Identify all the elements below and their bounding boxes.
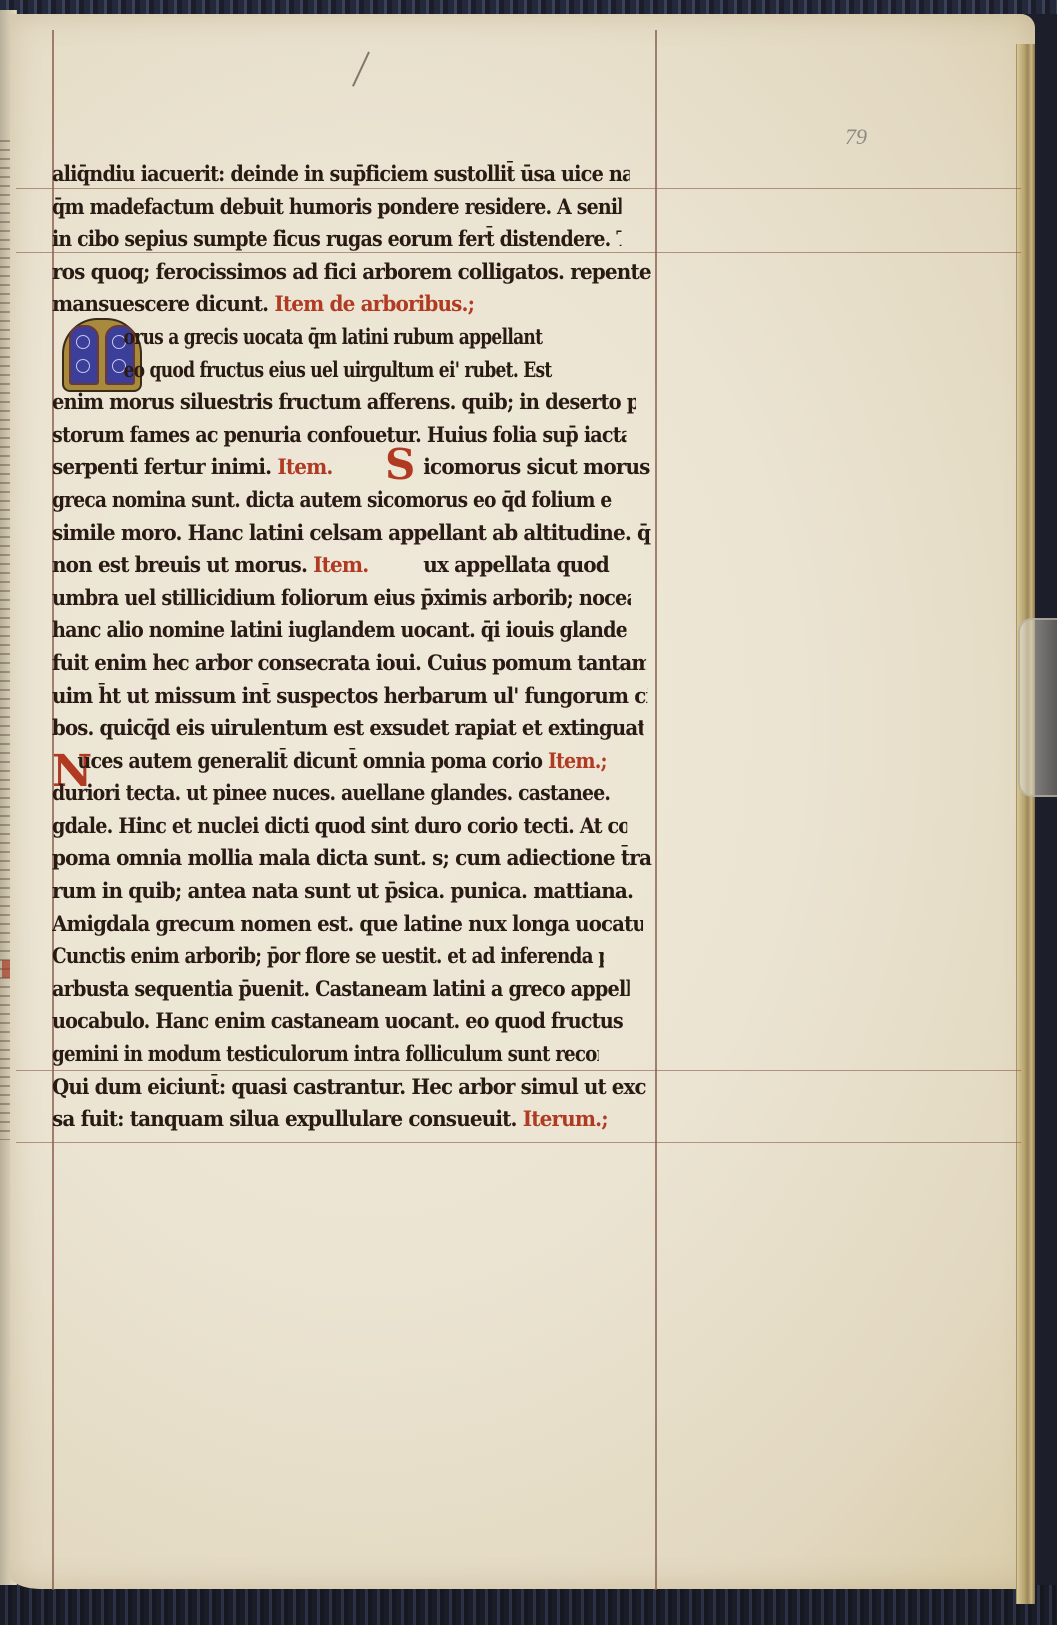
manuscript-line: enim morus siluestris fructum afferens. … xyxy=(52,386,636,419)
line-text: bos. quicq̄d eis uirulentum est exsudet … xyxy=(52,715,644,740)
line-text: hanc alio nomine latini iuglandem uocant… xyxy=(52,617,627,642)
manuscript-line: non est breuis ut morus. Item.ux appella… xyxy=(52,549,652,582)
manuscript-line: poma omnia mollia mala dicta sunt. s; cu… xyxy=(52,842,652,875)
manuscript-line: simile moro. Hanc latini celsam appellan… xyxy=(52,517,652,550)
page-clasp xyxy=(1018,618,1057,797)
line-text: fuit enim hec arbor consecrata ioui. Cui… xyxy=(52,650,646,675)
manuscript-line: bos. quicq̄d eis uirulentum est exsudet … xyxy=(52,712,644,745)
line-text: simile moro. Hanc latini celsam appellan… xyxy=(52,520,650,545)
binding-bottom-edge xyxy=(0,1585,1057,1625)
manuscript-line: arbusta sequentia p̄uenit. Castaneam lat… xyxy=(52,973,630,1006)
manuscript-line: hanc alio nomine latini iuglandem uocant… xyxy=(52,614,627,647)
line-text: Amigdala grecum nomen est. que latine nu… xyxy=(52,911,643,936)
line-text: Qui dum eiciunt̄: quasi castrantur. Hec … xyxy=(52,1074,645,1099)
manuscript-line: fuit enim hec arbor consecrata ioui. Cui… xyxy=(52,647,646,680)
bottom-text-rule xyxy=(16,1142,1021,1143)
manuscript-line: eo quod fructus eius uel uirgultum ei' r… xyxy=(52,354,564,387)
line-text: sa fuit: tanquam silua expullulare consu… xyxy=(52,1106,523,1131)
rubric-text: Item. xyxy=(313,552,368,577)
binding-top-edge xyxy=(0,0,1057,14)
line-text: serpenti fertur inimi. xyxy=(52,454,277,479)
line-text: uim h̄t ut missum int̄ suspectos herbaru… xyxy=(52,683,647,708)
rubric-text: Iterum.; xyxy=(523,1106,608,1131)
manuscript-line: q̄m madefactum debuit humoris pondere re… xyxy=(52,191,622,224)
manuscript-line: Cunctis enim arborib; p̄or flore se uest… xyxy=(52,940,604,973)
manuscript-line: ros quoq; ferocissimos ad fici arborem c… xyxy=(52,256,652,289)
line-text-continued: icomorus sicut morus xyxy=(423,451,649,483)
rubric-text: Item.; xyxy=(548,748,607,773)
line-text: gemini in modum testiculorum intra folli… xyxy=(52,1041,599,1066)
line-text: duriori tecta. ut pinee nuces. auellane … xyxy=(52,780,616,805)
manuscript-line: duriori tecta. ut pinee nuces. auellane … xyxy=(52,777,616,810)
rubric-text: Item de arboribus.; xyxy=(274,291,474,316)
line-text: greca nomina sunt. dicta autem sicomorus… xyxy=(52,487,611,512)
line-text: uocabulo. Hanc enim castaneam uocant. eo… xyxy=(52,1008,629,1033)
line-text: Cunctis enim arborib; p̄or flore se uest… xyxy=(52,943,604,968)
manuscript-line: Amigdala grecum nomen est. que latine nu… xyxy=(52,908,643,941)
line-text: non est breuis ut morus. xyxy=(52,552,313,577)
line-text: orus a grecis uocata q̄m latini rubum ap… xyxy=(124,324,543,349)
page-stack-edge xyxy=(1016,44,1035,1604)
line-text: mansuescere dicunt. xyxy=(52,291,274,316)
manuscript-line: serpenti fertur inimi. Item.icomorus sic… xyxy=(52,451,652,484)
manuscript-line: uocabulo. Hanc enim castaneam uocant. eo… xyxy=(52,1005,629,1038)
manuscript-line: orus a grecis uocata q̄m latini rubum ap… xyxy=(52,321,564,354)
line-text: enim morus siluestris fructum afferens. … xyxy=(52,389,636,414)
line-text: umbra uel stillicidium foliorum eius p̄x… xyxy=(52,585,631,610)
folio-number: 79 xyxy=(845,124,867,150)
manuscript-line: gemini in modum testiculorum intra folli… xyxy=(52,1038,599,1071)
main-text-column: aliq̄ndiu iacuerit: deinde in sup̄ficiem… xyxy=(52,158,682,1136)
manuscript-line: aliq̄ndiu iacuerit: deinde in sup̄ficiem… xyxy=(52,158,630,191)
rubric-text: Item. xyxy=(277,454,332,479)
manuscript-line: storum fames ac penuria confouetur. Huiu… xyxy=(52,419,627,452)
manuscript-line: mansuescere dicunt. Item de arboribus.; xyxy=(52,288,652,321)
line-text: ros quoq; ferocissimos ad fici arborem c… xyxy=(52,259,651,284)
line-text: aliq̄ndiu iacuerit: deinde in sup̄ficiem… xyxy=(52,161,630,186)
line-text: eo quod fructus eius uel uirgultum ei' r… xyxy=(124,357,552,382)
line-text: arbusta sequentia p̄uenit. Castaneam lat… xyxy=(52,976,630,1001)
manuscript-line: rum in quib; antea nata sunt ut p̄sica. … xyxy=(52,875,652,908)
manuscript-line: uces autem generalit̄ dicunt̄ omnia poma… xyxy=(52,745,624,778)
manuscript-line: uim h̄t ut missum int̄ suspectos herbaru… xyxy=(52,680,647,713)
line-text: q̄m madefactum debuit humoris pondere re… xyxy=(52,194,622,219)
line-text: poma omnia mollia mala dicta sunt. s; cu… xyxy=(52,845,651,870)
manuscript-line: in cibo sepius sumpte ficus rugas eorum … xyxy=(52,223,622,256)
line-text-continued: ux appellata quod xyxy=(423,549,609,581)
line-text: in cibo sepius sumpte ficus rugas eorum … xyxy=(52,226,622,251)
manuscript-line: gdale. Hinc et nuclei dicti quod sint du… xyxy=(52,810,627,843)
manuscript-line: sa fuit: tanquam silua expullulare consu… xyxy=(52,1103,652,1136)
line-text: storum fames ac penuria confouetur. Huiu… xyxy=(52,422,627,447)
line-text: gdale. Hinc et nuclei dicti quod sint du… xyxy=(52,813,627,838)
line-text: rum in quib; antea nata sunt ut p̄sica. … xyxy=(52,878,633,903)
manuscript-line: umbra uel stillicidium foliorum eius p̄x… xyxy=(52,582,631,615)
manuscript-line: Qui dum eiciunt̄: quasi castrantur. Hec … xyxy=(52,1071,645,1104)
manuscript-line: greca nomina sunt. dicta autem sicomorus… xyxy=(52,484,611,517)
line-text: uces autem generalit̄ dicunt̄ omnia poma… xyxy=(77,748,548,773)
